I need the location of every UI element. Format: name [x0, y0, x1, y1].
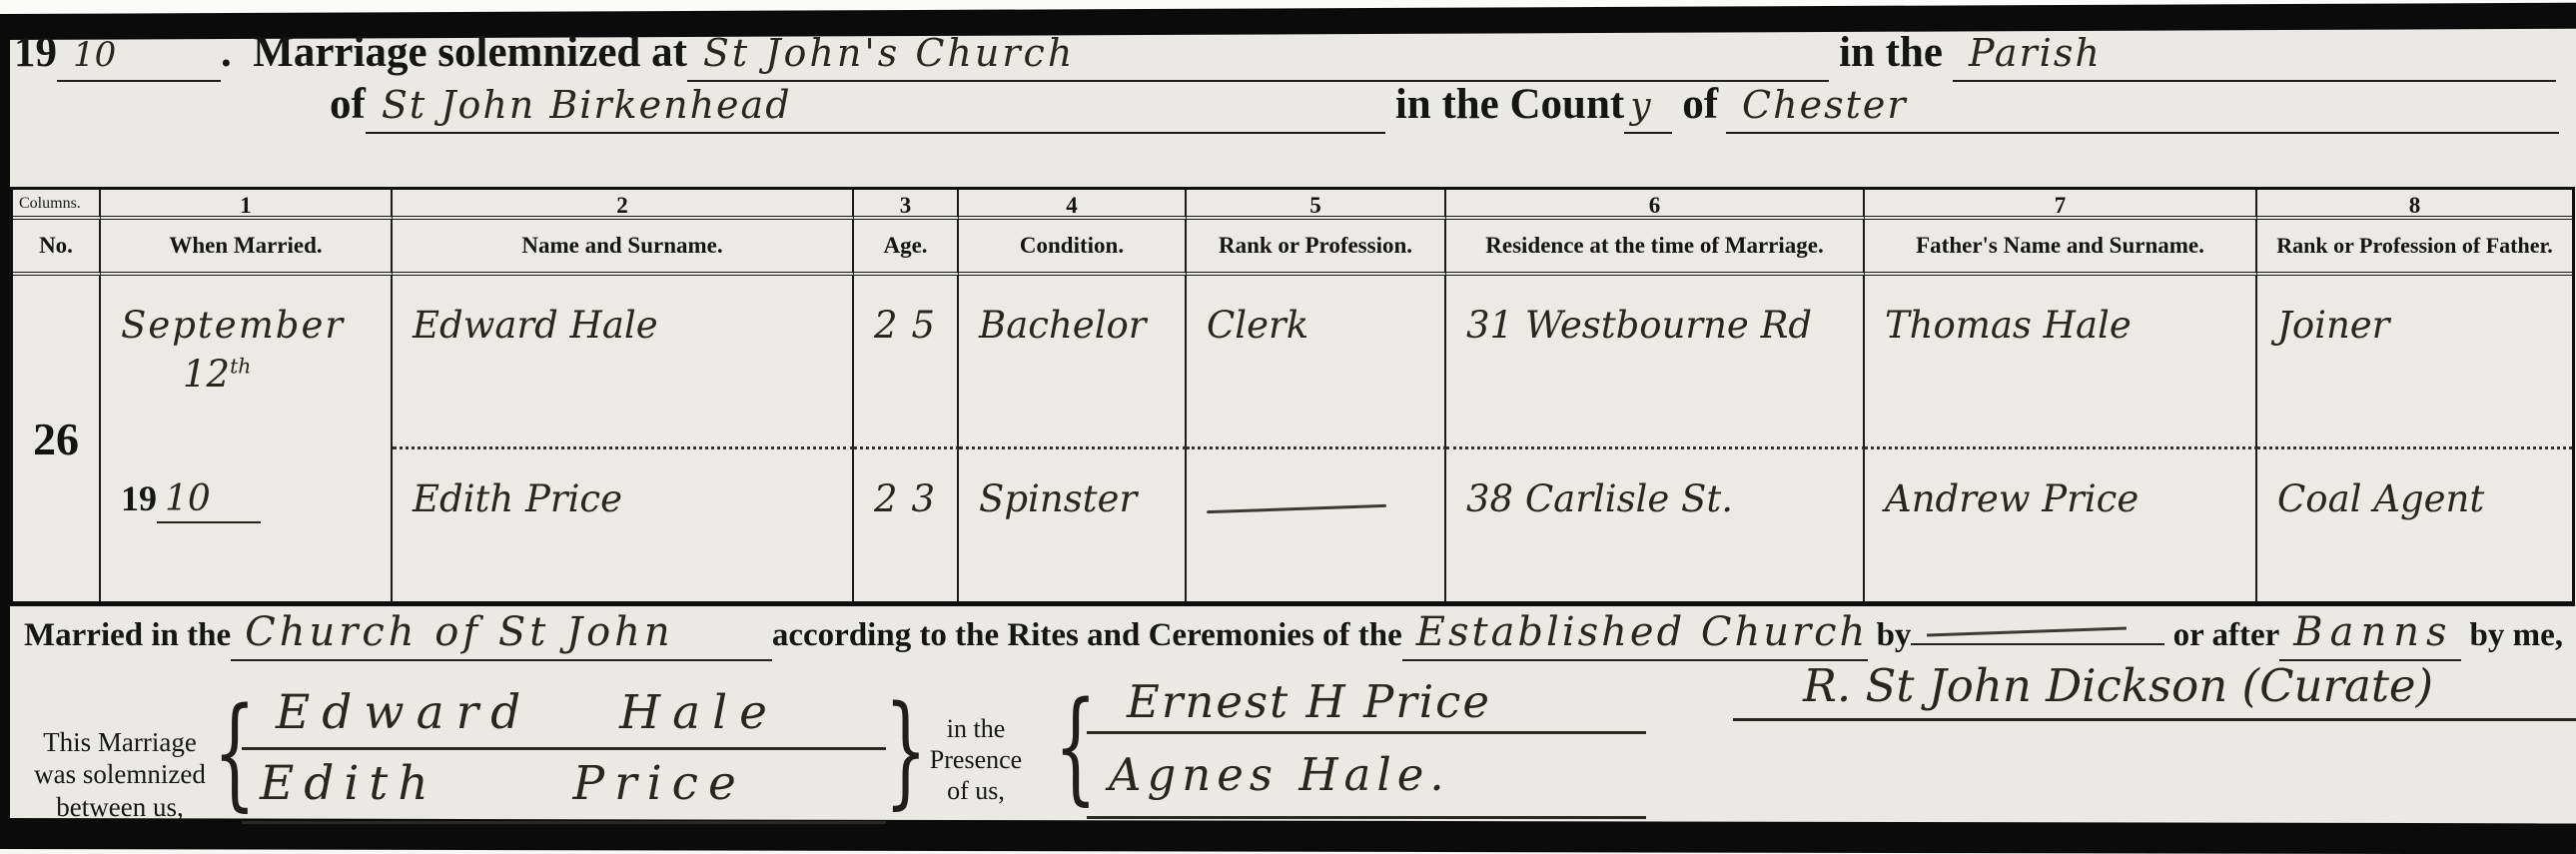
col-head-residence: Residence at the time of Marriage.	[1446, 220, 1865, 276]
groom-when-month: September	[121, 304, 381, 347]
record-number: 26	[13, 276, 101, 601]
cell-bride-rank	[1187, 449, 1446, 601]
printed-or-after: or after	[2164, 617, 2279, 654]
blank-dash	[1207, 504, 1386, 513]
cell-groom-father-rank: Joiner	[2257, 276, 2572, 449]
register-table: Columns. 1 2 3 4 5 6 7 8 No. When Marrie…	[10, 187, 2575, 606]
printed-in-the-count: in the Count	[1395, 80, 1624, 129]
church-name-fill: St John's Church	[687, 31, 1829, 82]
ceremony-banns-fill: Banns	[2279, 609, 2461, 661]
col-num-1: 1	[101, 190, 393, 220]
printed-rites: according to the Rites and Ceremonies of…	[772, 617, 1402, 654]
label-line: between us,	[30, 791, 210, 823]
printed-in-the: in the	[1839, 28, 1943, 77]
col-num-7: 7	[1865, 190, 2257, 220]
col-head-father-rank: Rank or Profession of Father.	[2257, 220, 2572, 276]
officiant-signature: R. St John Dickson (Curate)	[1733, 659, 2576, 721]
printed-of: of	[330, 80, 366, 129]
ceremony-church-fill: Church of St John	[231, 609, 772, 661]
label-line: Presence	[911, 744, 1041, 775]
col-num-2: 2	[393, 190, 854, 220]
register-heading-line1: 19 10 . Marriage solemnized at St John's…	[14, 28, 2556, 82]
cell-bride-condition: Spinster	[959, 449, 1187, 601]
bride-year-handwritten: 10	[157, 478, 261, 523]
label-line: in the	[911, 713, 1041, 744]
bride-year-printed: 19	[121, 478, 157, 518]
witness-signature-2: Agnes Hale.	[1087, 734, 1646, 819]
col-num-4: 4	[959, 190, 1187, 220]
printed-solemnized-at: . Marriage solemnized at	[221, 28, 687, 77]
col-head-rank: Rank or Profession.	[1187, 220, 1446, 276]
printed-by-me: by me,	[2461, 617, 2563, 654]
col-num-6: 6	[1446, 190, 1865, 220]
label-line: of us,	[911, 775, 1041, 806]
witness-signature-1: Ernest H Price	[1087, 675, 1646, 734]
county-y-fill: y	[1624, 86, 1672, 134]
printed-married-in-the: Married in the	[24, 617, 231, 654]
cell-groom-rank: Clerk	[1187, 276, 1446, 449]
groom-signature: Edward Hale	[242, 685, 886, 750]
ceremony-by-blank	[1911, 639, 2164, 645]
cell-bride-residence: 38 Carlisle St.	[1446, 449, 1865, 601]
col-head-father-name: Father's Name and Surname.	[1865, 220, 2257, 276]
cell-groom-name: Edward Hale	[393, 276, 854, 449]
col-head-age: Age.	[854, 220, 959, 276]
label-line: This Marriage	[30, 726, 210, 758]
blank-dash	[1927, 627, 2127, 637]
county-fill: Chester	[1726, 83, 2559, 134]
year-fill: 10	[57, 35, 221, 82]
witness-signatures: Ernest H Price Agnes Hale.	[1087, 675, 1646, 819]
printed-by: by	[1868, 617, 1911, 654]
marriage-register-scan: 19 10 . Marriage solemnized at St John's…	[0, 0, 2576, 849]
cell-bride-name: Edith Price	[393, 449, 854, 601]
solemnized-between-us-label: This Marriage was solemnized between us,	[30, 726, 210, 823]
col-head-when-married: When Married.	[101, 220, 393, 276]
place-fill: St John Birkenhead	[366, 83, 1385, 134]
corner-columns-label: Columns.	[13, 190, 101, 220]
cell-groom-when-married: September 12th	[101, 276, 393, 449]
cell-groom-father-name: Thomas Hale	[1865, 276, 2257, 449]
label-line: was solemnized	[30, 758, 210, 790]
cell-groom-condition: Bachelor	[959, 276, 1187, 449]
col-num-8: 8	[2257, 190, 2572, 220]
cell-groom-age: 25	[854, 276, 959, 449]
col-head-name: Name and Surname.	[393, 220, 854, 276]
col-head-condition: Condition.	[959, 220, 1187, 276]
presence-of-us-label: in the Presence of us,	[911, 713, 1041, 807]
parish-fill: Parish	[1953, 31, 2556, 82]
printed-year-prefix: 19	[14, 28, 57, 77]
cell-bride-father-rank: Coal Agent	[2257, 449, 2572, 601]
cell-bride-father-name: Andrew Price	[1865, 449, 2257, 601]
col-num-5: 5	[1187, 190, 1446, 220]
bride-signature: Edith Price	[242, 750, 886, 824]
couple-signatures: Edward Hale Edith Price	[242, 685, 886, 824]
col-num-3: 3	[854, 190, 959, 220]
scan-edge-left	[0, 30, 10, 849]
cell-bride-age: 23	[854, 449, 959, 601]
cell-bride-when-married: 1910	[101, 449, 393, 601]
groom-when-day: 12th	[183, 353, 381, 396]
register-heading-line2: of St John Birkenhead in the Count y of …	[330, 80, 2559, 134]
printed-of-2: of	[1682, 80, 1718, 129]
ceremony-statement: Married in the Church of St John accordi…	[24, 609, 2563, 661]
cell-groom-residence: 31 Westbourne Rd	[1446, 276, 1865, 449]
ceremony-rites-fill: Established Church	[1402, 609, 1869, 661]
col-head-no: No.	[13, 220, 101, 276]
